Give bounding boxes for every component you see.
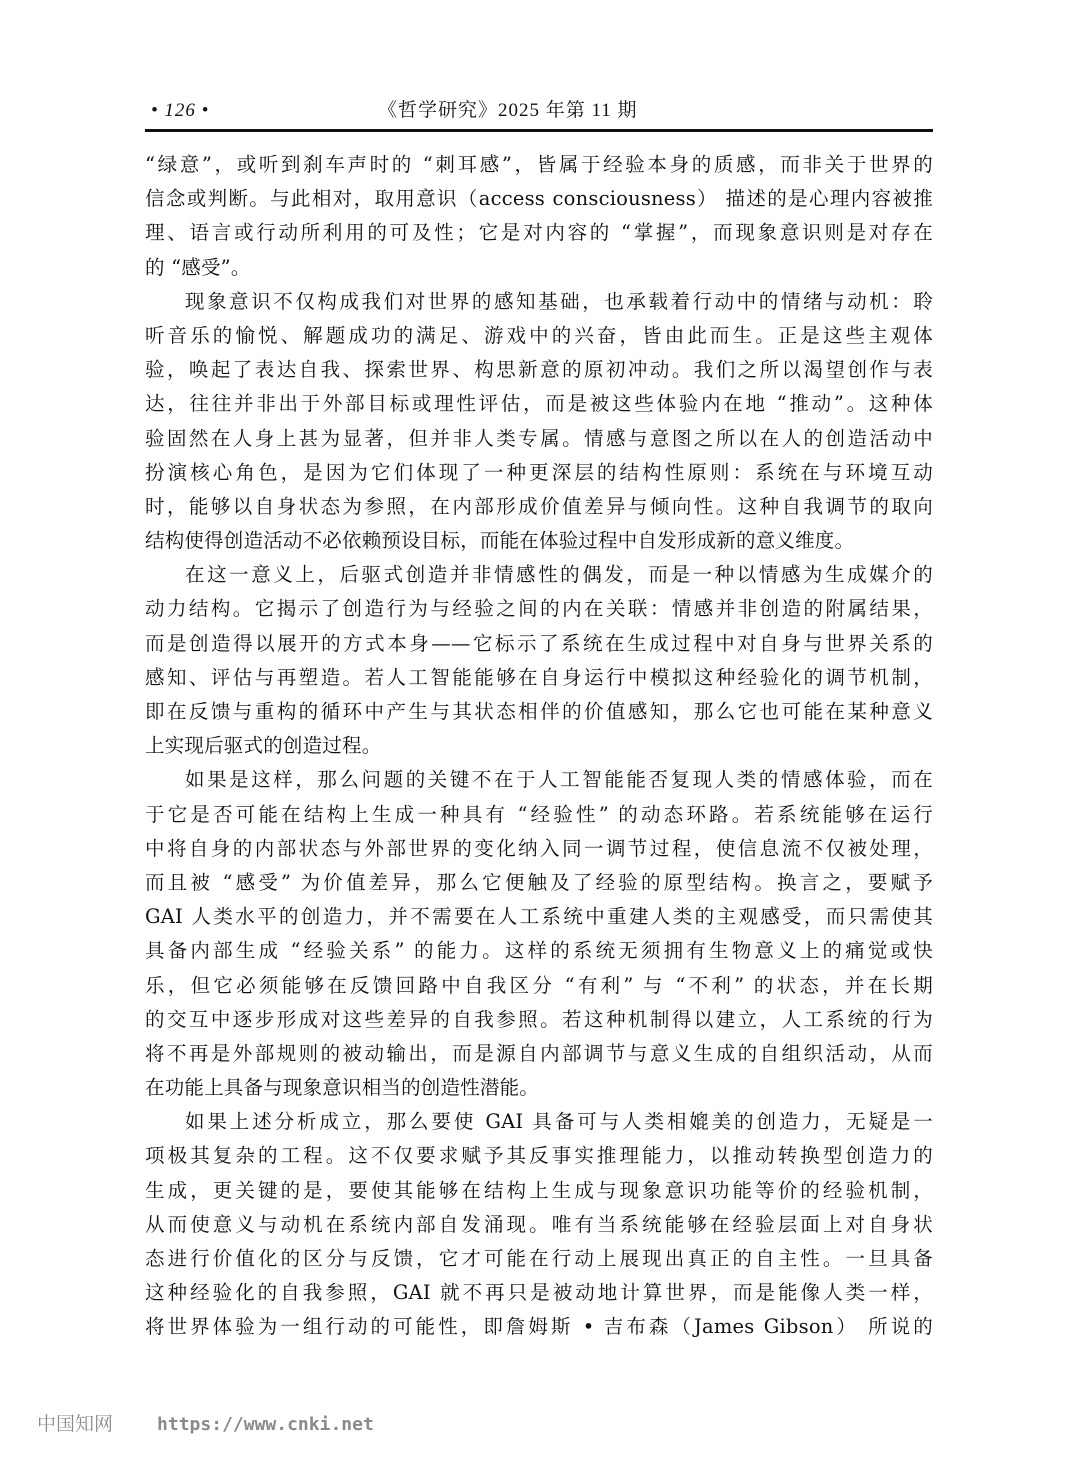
text-line: 上实现后驱式的创造过程。 [145,729,933,763]
text-line: 中将自身的内部状态与外部世界的变化纳入同一调节过程，使信息流不仅被处理， [145,832,933,866]
text-line: 结构使得创造活动不必依赖预设目标，而能在体验过程中自发形成新的意义维度。 [145,524,933,558]
paragraph: 在这一意义上，后驱式创造并非情感性的偶发，而是一种以情感为生成媒介的动力结构。它… [145,558,933,763]
text-line: 项极其复杂的工程。这不仅要求赋予其反事实推理能力，以推动转换型创造力的 [145,1139,933,1173]
text-line: “绿意”，或听到刹车声时的 “刺耳感”，皆属于经验本身的质感，而非关于世界的 [145,148,933,182]
text-line: 在功能上具备与现象意识相当的创造性潜能。 [145,1071,933,1105]
text-line: 理、语言或行动所利用的可及性；它是对内容的 “掌握”，而现象意识则是对存在 [145,216,933,250]
paragraph: 如果上述分析成立，那么要使 GAI 具备可与人类相媲美的创造力，无疑是一项极其复… [145,1105,933,1344]
text-line: 具备内部生成 “经验关系” 的能力。这样的系统无须拥有生物意义上的痛觉或快 [145,934,933,968]
paragraph: “绿意”，或听到刹车声时的 “刺耳感”，皆属于经验本身的质感，而非关于世界的信念… [145,148,933,285]
text-line: 现象意识不仅构成我们对世界的感知基础，也承载着行动中的情绪与动机：聆 [145,285,933,319]
paragraph: 现象意识不仅构成我们对世界的感知基础，也承载着行动中的情绪与动机：聆听音乐的愉悦… [145,285,933,559]
text-line: 的 “感受”。 [145,251,933,285]
running-head: • 126 • 《哲学研究》2025 年第 11 期 [145,96,933,126]
text-line: 达，往往并非出于外部目标或理性评估，而是被这些体验内在地 “推动”。这种体 [145,387,933,421]
text-line: 如果是这样，那么问题的关键不在于人工智能能否复现人类的情感体验，而在 [145,763,933,797]
text-line: 乐，但它必须能够在反馈回路中自我区分 “有利” 与 “不利” 的状态，并在长期 [145,969,933,1003]
watermark-footer: 中国知网 https://www.cnki.net [37,1409,374,1439]
journal-title: 《哲学研究》2025 年第 11 期 [378,96,638,126]
journal-page: • 126 • 《哲学研究》2025 年第 11 期 “绿意”，或听到刹车声时的… [145,96,933,1345]
text-line: 这种经验化的自我参照，GAI 就不再只是被动地计算世界，而是能像人类一样， [145,1276,933,1310]
text-line: 动力结构。它揭示了创造行为与经验之间的内在关联：情感并非创造的附属结果， [145,592,933,626]
paragraph: 如果是这样，那么问题的关键不在于人工智能能否复现人类的情感体验，而在于它是否可能… [145,763,933,1105]
text-line: 而是创造得以展开的方式本身——它标示了系统在生成过程中对自身与世界关系的 [145,627,933,661]
header-rule [145,129,933,132]
text-line: 如果上述分析成立，那么要使 GAI 具备可与人类相媲美的创造力，无疑是一 [145,1105,933,1139]
text-line: 验固然在人身上甚为显著，但并非人类专属。情感与意图之所以在人的创造活动中 [145,422,933,456]
page-number: • 126 • [151,96,209,126]
text-line: 将世界体验为一组行动的可能性，即詹姆斯 • 吉布森（James Gibson） … [145,1310,933,1344]
text-line: 扮演核心角色，是因为它们体现了一种更深层的结构性原则：系统在与环境互动 [145,456,933,490]
text-line: 生成，更关键的是，要使其能够在结构上生成与现象意识功能等价的经验机制， [145,1174,933,1208]
text-line: 的交互中逐步形成对这些差异的自我参照。若这种机制得以建立，人工系统的行为 [145,1003,933,1037]
text-line: 从而使意义与动机在系统内部自发涌现。唯有当系统能够在经验层面上对自身状 [145,1208,933,1242]
text-line: 时，能够以自身状态为参照，在内部形成价值差异与倾向性。这种自我调节的取向 [145,490,933,524]
text-line: 而且被 “感受” 为价值差异，那么它便触及了经验的原型结构。换言之，要赋予 [145,866,933,900]
text-line: 听音乐的愉悦、解题成功的满足、游戏中的兴奋，皆由此而生。正是这些主观体 [145,319,933,353]
text-line: 感知、评估与再塑造。若人工智能能够在自身运行中模拟这种经验化的调节机制， [145,661,933,695]
text-line: 态进行价值化的区分与反馈，它才可能在行动上展现出真正的自主性。一旦具备 [145,1242,933,1276]
text-line: GAI 人类水平的创造力，并不需要在人工系统中重建人类的主观感受，而只需使其 [145,900,933,934]
text-line: 验，唤起了表达自我、探索世界、构思新意的原初冲动。我们之所以渴望创作与表 [145,353,933,387]
text-line: 于它是否可能在结构上生成一种具有 “经验性” 的动态环路。若系统能够在运行 [145,798,933,832]
text-line: 即在反馈与重构的循环中产生与其状态相伴的价值感知，那么它也可能在某种意义 [145,695,933,729]
cnki-url[interactable]: https://www.cnki.net [157,1410,374,1440]
text-line: 在这一意义上，后驱式创造并非情感性的偶发，而是一种以情感为生成媒介的 [145,558,933,592]
text-line: 将不再是外部规则的被动输出，而是源自内部调节与意义生成的自组织活动，从而 [145,1037,933,1071]
text-line: 信念或判断。与此相对，取用意识（access consciousness） 描述… [145,182,933,216]
cnki-logo: 中国知网 [37,1409,141,1439]
article-body: “绿意”，或听到刹车声时的 “刺耳感”，皆属于经验本身的质感，而非关于世界的信念… [145,148,933,1345]
